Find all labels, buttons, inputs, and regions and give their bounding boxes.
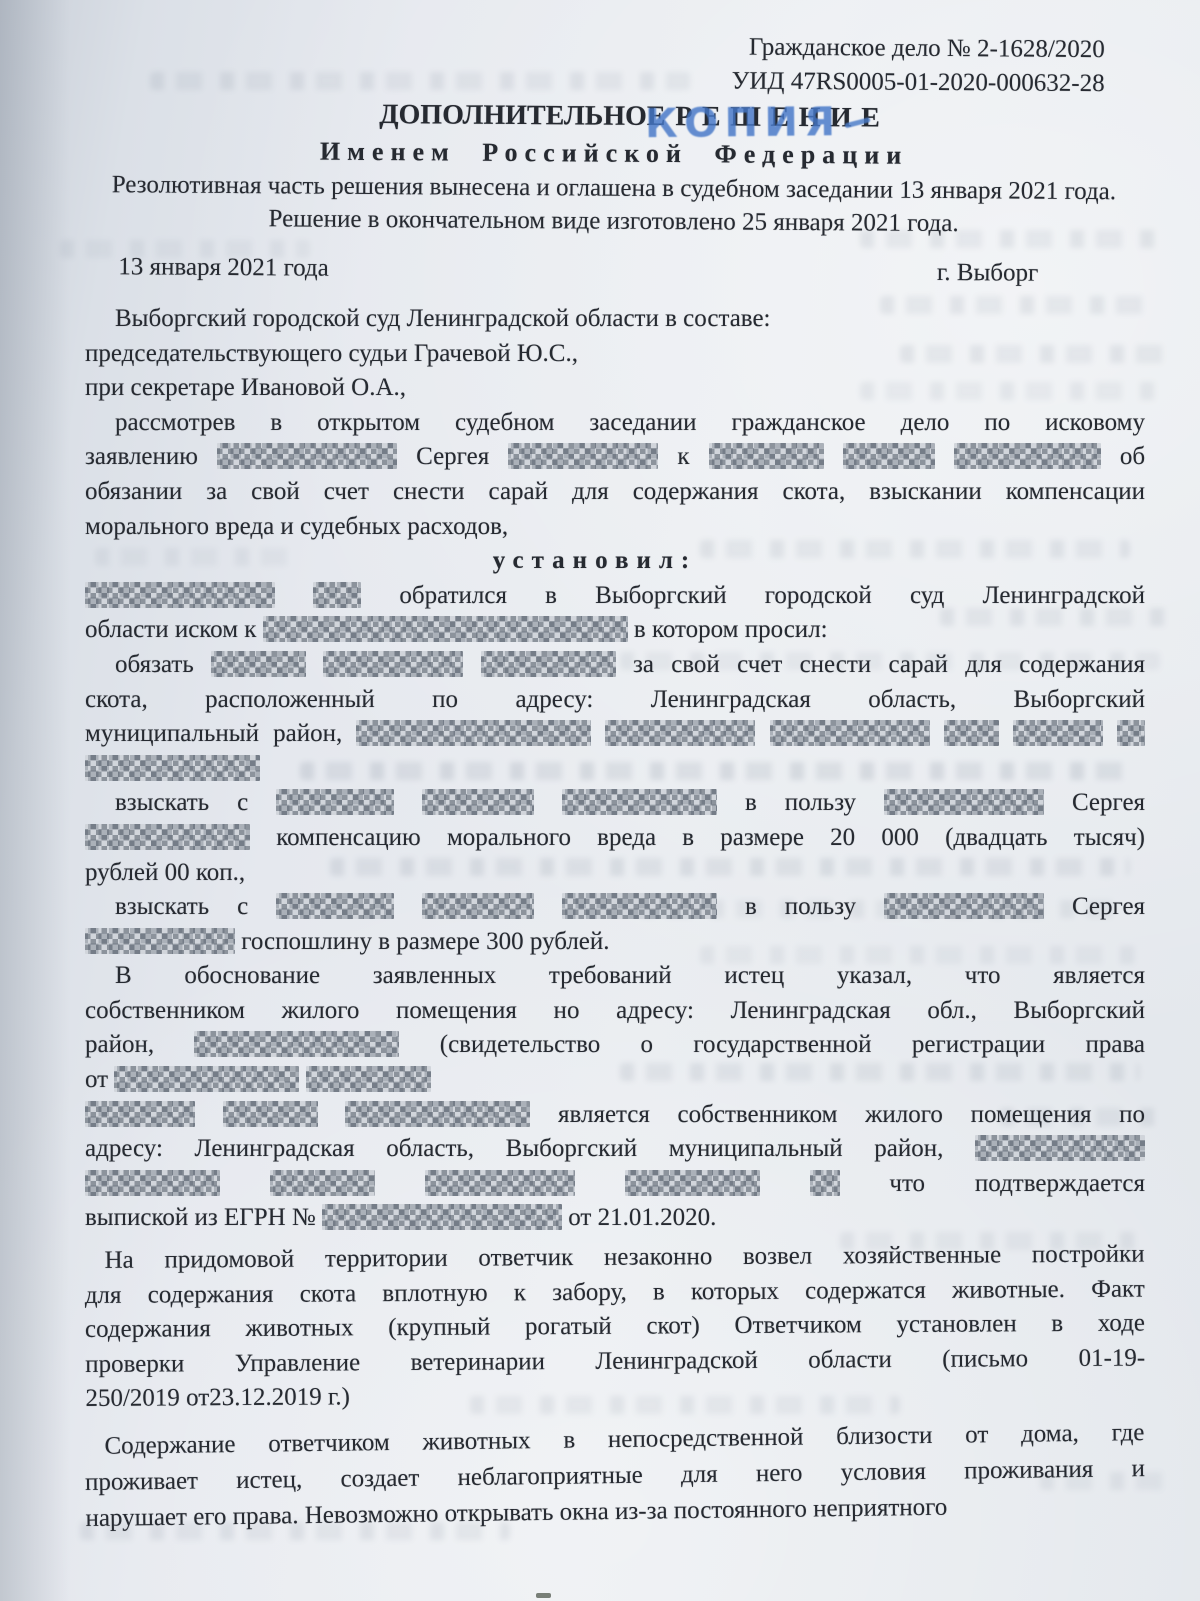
- body-line: взыскать с в пользу Сергея: [85, 890, 1145, 925]
- redaction-block: [276, 789, 394, 815]
- body-line: обратился в Выборгский городской суд Лен…: [85, 579, 1145, 614]
- redaction-block: [562, 893, 717, 919]
- redaction-block: [85, 1101, 195, 1127]
- copy-stamp: КОПИЯ: [645, 99, 874, 147]
- redaction-block: [1013, 720, 1103, 746]
- body-line: В обоснование заявленных требований исте…: [85, 959, 1145, 994]
- redaction-block: [263, 616, 628, 642]
- redaction-block: [884, 789, 1044, 815]
- body-line: взыскать с в пользу Сергея: [85, 786, 1145, 821]
- judge-line: председательствующего судьи Грачевой Ю.С…: [85, 337, 1145, 372]
- redaction-block: [709, 443, 824, 469]
- redaction-block: [270, 1170, 375, 1196]
- decision-date: 13 января 2021 года: [118, 250, 329, 285]
- redaction-block: [211, 651, 306, 677]
- redaction-block: [425, 1170, 575, 1196]
- body-line: скота, расположенный по адресу: Ленингра…: [85, 683, 1145, 718]
- redaction-block: [625, 1170, 760, 1196]
- body-line: госпошлину в размере 300 рублей.: [85, 925, 1145, 960]
- body-line: что подтверждается: [85, 1167, 1145, 1202]
- doc-title-word1: ДОПОЛНИТЕЛЬНОЕ: [379, 99, 665, 132]
- body-line: области иском к в котором просил:: [85, 613, 1145, 648]
- body-line: компенсацию морального вреда в размере 2…: [85, 821, 1145, 856]
- redaction-block: [562, 789, 717, 815]
- body-line: На придомовой территории ответчик незако…: [84, 1238, 1144, 1279]
- body-line: заявлению Сергея к об: [85, 440, 1145, 475]
- body-line: от: [85, 1063, 1145, 1098]
- redaction-block: [85, 824, 250, 850]
- redaction-block: [85, 928, 235, 954]
- redaction-block: [276, 893, 394, 919]
- court-composition-line: Выборгский городской суд Ленинградской о…: [85, 302, 1145, 337]
- redaction-block: [975, 1135, 1145, 1161]
- body-line: морального вреда и судебных расходов,: [85, 510, 1145, 545]
- body-line: район, (свидетельство о государственной …: [85, 1028, 1145, 1063]
- ustanovil-heading: установил:: [85, 544, 1145, 579]
- redaction-block: [217, 443, 397, 469]
- redaction-block: [313, 582, 361, 608]
- body-line: рублей 00 коп.,: [85, 856, 1145, 891]
- paper-speck: [536, 1593, 551, 1598]
- secretary-line: при секретаре Ивановой О.А.,: [85, 371, 1145, 406]
- redaction-block: [322, 1204, 562, 1230]
- redaction-block: [422, 789, 534, 815]
- redaction-block: [345, 1101, 530, 1127]
- redaction-block: [306, 1066, 431, 1092]
- body-line: обязании за свой счет снести сарай для с…: [85, 475, 1145, 510]
- body-line: обязать за свой счет снести сарай для со…: [85, 648, 1145, 683]
- body-line: проверки Управление ветеринарии Ленингра…: [85, 1341, 1145, 1382]
- redaction-block: [223, 1101, 318, 1127]
- redaction-block: [323, 651, 463, 677]
- redaction-block: [770, 720, 930, 746]
- redaction-block: [114, 1066, 299, 1092]
- redaction-block: [944, 720, 999, 746]
- redaction-block: [1117, 720, 1145, 746]
- redaction-block: [884, 893, 1044, 919]
- body-line: является собственником жилого помещения …: [85, 1098, 1145, 1133]
- redaction-block: [843, 443, 935, 469]
- city-label: г. Выборг: [937, 256, 1039, 291]
- redaction-block: [85, 1170, 220, 1196]
- body-line: выпиской из ЕГРН № от 21.01.2020.: [85, 1201, 1145, 1236]
- body-line: 250/2019 от23.12.2019 г.): [85, 1376, 1145, 1417]
- left-edge-shade: [0, 0, 70, 1601]
- redaction-block: [85, 755, 260, 781]
- redaction-block: [481, 651, 616, 677]
- redaction-block: [954, 443, 1101, 469]
- body-line: муниципальный район,: [85, 717, 1145, 752]
- redaction-block: [508, 443, 658, 469]
- body-line: собственником жилого помещения но адресу…: [85, 994, 1145, 1029]
- redaction-block: [85, 582, 275, 608]
- body-line: адресу: Ленинградская область, Выборгски…: [85, 1132, 1145, 1167]
- body-line: рассмотрев в открытом судебном заседании…: [85, 406, 1145, 441]
- document-page: Гражданское дело № 2-1628/2020 УИД 47RS0…: [0, 0, 1200, 1601]
- redaction-block: [356, 720, 591, 746]
- redaction-block: [605, 720, 755, 746]
- redaction-block: [422, 893, 534, 919]
- redaction-block: [194, 1031, 399, 1057]
- redaction-block: [810, 1170, 840, 1196]
- body-line: [85, 752, 1145, 787]
